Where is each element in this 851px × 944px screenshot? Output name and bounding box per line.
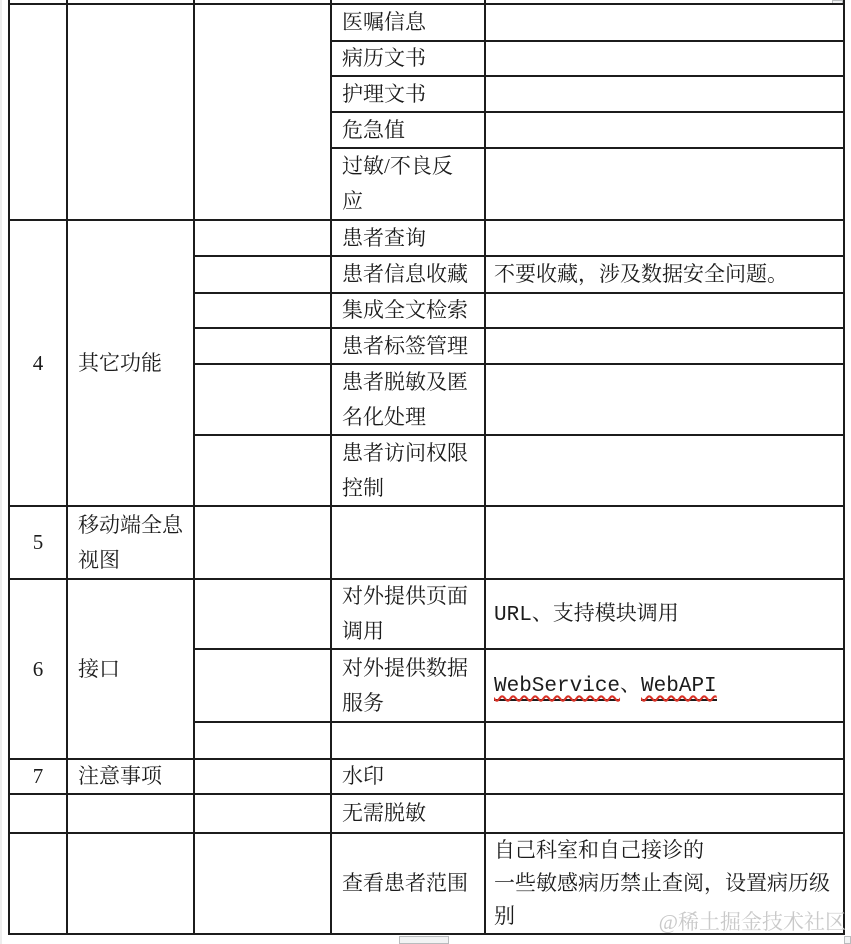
cell-empty-sub (193, 505, 332, 580)
category-cell-mobile-holistic-view: 移动端全息 视图 (66, 505, 195, 580)
feature-cell-patient-tags: 患者标签管理 (330, 327, 486, 365)
feature-line: 名化处理 (342, 400, 480, 435)
note-cell-empty (484, 3, 845, 42)
cell-empty-sub (193, 219, 332, 257)
cell-empty-sub (193, 793, 332, 834)
feature-cell-critical-values: 危急值 (330, 111, 486, 149)
cell-empty-category (66, 832, 195, 935)
row-number-4: 4 (8, 219, 68, 507)
cell-empty-sub (193, 255, 332, 294)
feature-cell-watermark: 水印 (330, 758, 486, 795)
cropped-ui-fragment-bottom-right (844, 936, 851, 944)
feature-cell-external-page-call: 对外提供页面 调用 (330, 578, 486, 650)
feature-line: 患者脱敏及匿 (342, 365, 480, 400)
category-cell-other-functions: 其它功能 (66, 219, 195, 507)
feature-line: 对外提供页面 (342, 579, 480, 614)
note-cell-empty (484, 793, 845, 834)
feature-cell-access-control: 患者访问权限 控制 (330, 434, 486, 507)
note-cell-empty (484, 75, 845, 113)
note-cell-empty (484, 758, 845, 795)
note-rest-text: 、支持模块调用 (532, 601, 679, 625)
note-line: 一些敏感病历禁止查阅，设置病历级 (494, 867, 839, 900)
cell-empty-category-top (66, 3, 195, 221)
feature-line: 对外提供数据 (342, 651, 480, 686)
category-line: 移动端全息 (78, 508, 189, 543)
note-cell-empty (484, 147, 845, 221)
note-cell-empty (484, 363, 845, 436)
cell-empty-category (66, 793, 195, 834)
feature-cell-empty (330, 721, 486, 760)
cell-empty-seq (8, 793, 68, 834)
cell-empty-sub (193, 648, 332, 723)
scrollbar-thumb-fragment[interactable] (399, 936, 449, 944)
feature-cell-empty (330, 505, 486, 580)
feature-line: 服务 (342, 686, 480, 721)
feature-cell-allergy-adverse: 过敏/不良反 应 (330, 147, 486, 221)
cell-empty-sub (193, 758, 332, 795)
feature-line: 应 (342, 184, 480, 219)
note-cell-empty (484, 434, 845, 507)
note-cell-webservice-webapi: WebService、WebAPI (484, 648, 845, 723)
category-cell-interface: 接口 (66, 578, 195, 760)
page-edge-shade (0, 0, 2, 944)
cell-empty-seq-top (8, 3, 68, 221)
row-number-6: 6 (8, 578, 68, 760)
cell-empty-sub (193, 578, 332, 650)
feature-cell-patient-query: 患者查询 (330, 219, 486, 257)
feature-line: 过敏/不良反 (342, 149, 480, 184)
note-cell-empty (484, 327, 845, 365)
feature-cell-desensitization: 患者脱敏及匿 名化处理 (330, 363, 486, 436)
feature-line: 患者访问权限 (342, 436, 480, 471)
cell-empty-sub (193, 363, 332, 436)
webapi-text-spellcheck: WebAPI (641, 675, 717, 701)
cell-empty-sub-top (193, 3, 332, 221)
feature-line: 控制 (342, 471, 480, 506)
cell-empty-sub (193, 292, 332, 329)
note-separator: 、 (620, 672, 641, 696)
feature-cell-patient-favorite: 患者信息收藏 (330, 255, 486, 294)
feature-cell-external-data-service: 对外提供数据 服务 (330, 648, 486, 723)
cell-empty-sub (193, 327, 332, 365)
note-cell-empty (484, 721, 845, 760)
feature-line: 调用 (342, 614, 480, 649)
category-line: 视图 (78, 543, 189, 578)
note-cell-empty (484, 219, 845, 257)
category-cell-notes: 注意事项 (66, 758, 195, 795)
note-cell-empty (484, 292, 845, 329)
feature-cell-medical-records: 病历文书 (330, 40, 486, 77)
feature-cell-no-desensitization: 无需脱敏 (330, 793, 486, 834)
cell-empty-sub (193, 434, 332, 507)
note-cell-url-module-call: URL、支持模块调用 (484, 578, 845, 650)
note-line: URL、支持模块调用 (494, 596, 839, 633)
feature-cell-view-patient-scope: 查看患者范围 (330, 832, 486, 935)
row-number-5: 5 (8, 505, 68, 580)
note-url-text: URL (494, 604, 532, 627)
note-cell-no-favorite: 不要收藏，涉及数据安全问题。 (484, 255, 845, 294)
cell-empty-sub (193, 832, 332, 935)
note-line: WebService、WebAPI (494, 667, 839, 704)
cell-empty-sub (193, 721, 332, 760)
note-cell-empty (484, 111, 845, 149)
row-number-7: 7 (8, 758, 68, 795)
note-cell-empty (484, 505, 845, 580)
note-cell-empty (484, 40, 845, 77)
document-page: 医嘱信息 病历文书 护理文书 危急值 过敏/不良反 应 4 其它功能 患者查询 … (0, 0, 851, 944)
note-line: 自己科室和自己接诊的 (494, 834, 839, 867)
community-watermark: @稀土掘金技术社区 (659, 906, 846, 936)
feature-cell-nursing-records: 护理文书 (330, 75, 486, 113)
feature-cell-fulltext-search: 集成全文检索 (330, 292, 486, 329)
webservice-text-spellcheck: WebService (494, 675, 620, 701)
cell-empty-seq (8, 832, 68, 935)
feature-cell-medical-orders: 医嘱信息 (330, 3, 486, 42)
